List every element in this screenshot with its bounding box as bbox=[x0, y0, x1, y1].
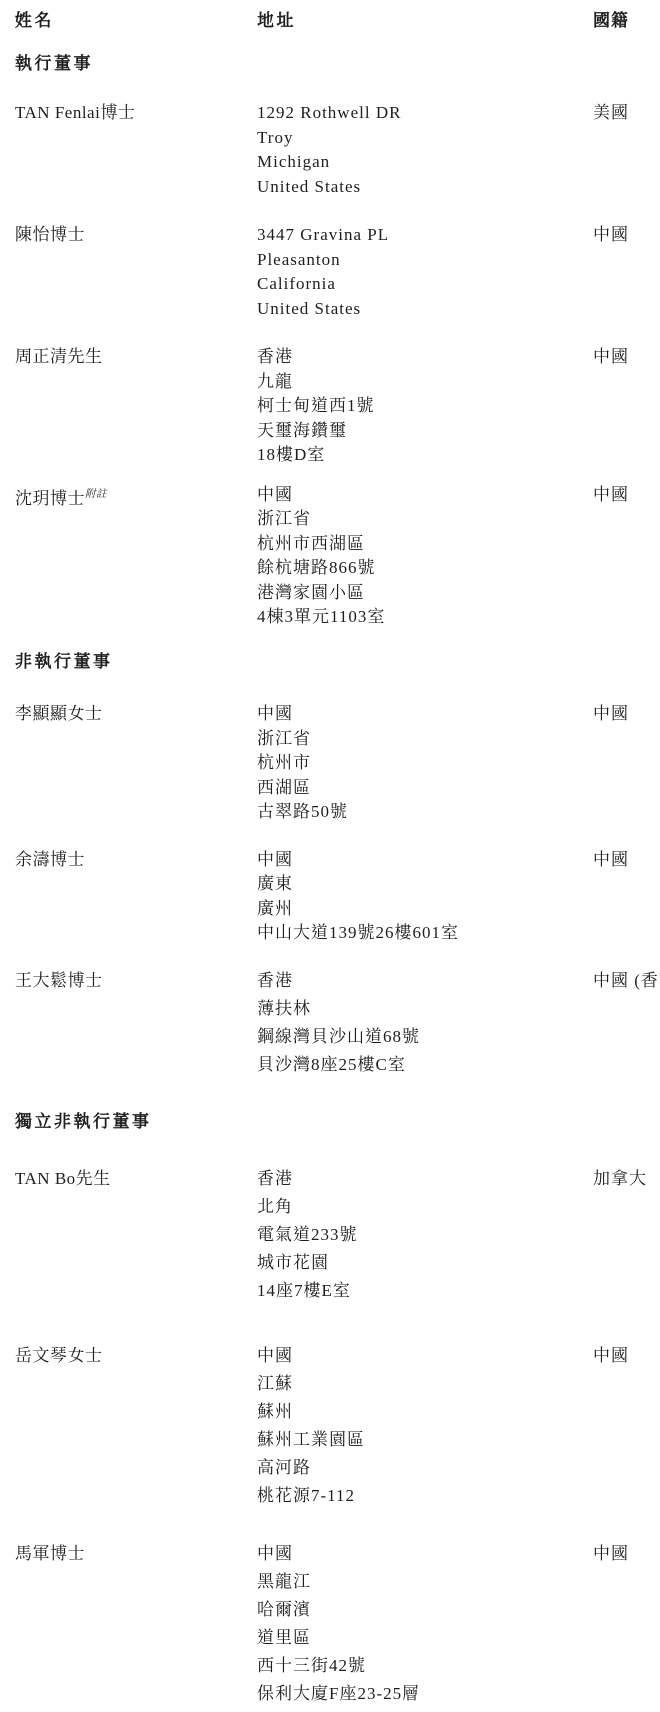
director-name: TAN Bo先生 bbox=[15, 1165, 257, 1193]
director-address: 中國浙江省杭州市西湖區古翠路50號 bbox=[257, 702, 593, 825]
director-address: 香港九龍柯士甸道西1號天璽海鑽璽18樓D室 bbox=[257, 345, 593, 468]
address-line: 城市花園 bbox=[257, 1249, 593, 1277]
address-line: 九龍 bbox=[257, 370, 593, 395]
address-line: 高河路 bbox=[257, 1454, 593, 1482]
director-nationality: 加拿大 bbox=[593, 1165, 660, 1193]
director-name: 王大鬆博士 bbox=[15, 967, 257, 995]
address-line: 浙江省 bbox=[257, 727, 593, 752]
section-heading: 獨立非執行董事 bbox=[15, 1108, 257, 1136]
director-name-text: 余濤博士 bbox=[15, 850, 85, 869]
table-row: TAN Fenlai博士 1292 Rothwell DRTroyMichiga… bbox=[15, 101, 660, 199]
address-line: 18樓D室 bbox=[257, 443, 593, 468]
director-address: 中國江蘇蘇州蘇州工業園區高河路桃花源7-112 bbox=[257, 1342, 593, 1510]
section-heading-row: 非執行董事 bbox=[15, 650, 660, 675]
director-nationality: 中國 bbox=[593, 1540, 660, 1568]
director-name-text: TAN Bo先生 bbox=[15, 1169, 111, 1188]
table-row: 周正清先生 香港九龍柯士甸道西1號天璽海鑽璽18樓D室 中國 bbox=[15, 345, 660, 468]
address-line: 天璽海鑽璽 bbox=[257, 419, 593, 444]
table-row: 李顯顯女士 中國浙江省杭州市西湖區古翠路50號 中國 bbox=[15, 702, 660, 825]
table-row: 馬軍博士 中國黑龍江哈爾濱道里區西十三街42號保利大廈F座23-25層 中國 bbox=[15, 1540, 660, 1708]
director-name: 余濤博士 bbox=[15, 848, 257, 873]
directors-table: 姓名 地址 國籍 執行董事 TAN Fenlai博士 1292 Rothwell… bbox=[0, 0, 660, 1708]
address-line: 香港 bbox=[257, 1165, 593, 1193]
address-line: Troy bbox=[257, 126, 593, 151]
address-line: 杭州市西湖區 bbox=[257, 532, 593, 557]
column-header-address: 地址 bbox=[257, 9, 593, 34]
director-address: 中國廣東廣州中山大道139號26樓601室 bbox=[257, 848, 593, 946]
director-name: 沈玥博士附註 bbox=[15, 483, 257, 512]
address-line: 中國 bbox=[257, 848, 593, 873]
section-heading: 非執行董事 bbox=[15, 650, 257, 675]
address-line: 中國 bbox=[257, 1342, 593, 1370]
table-row: 岳文琴女士 中國江蘇蘇州蘇州工業園區高河路桃花源7-112 中國 bbox=[15, 1342, 660, 1510]
address-line: 貝沙灣8座25樓C室 bbox=[257, 1051, 593, 1079]
director-nationality: 美國 bbox=[593, 101, 660, 126]
address-line: 江蘇 bbox=[257, 1370, 593, 1398]
director-nationality: 中國 bbox=[593, 483, 660, 508]
director-name: 李顯顯女士 bbox=[15, 702, 257, 727]
director-name: 陳怡博士 bbox=[15, 223, 257, 248]
address-line: 蘇州工業園區 bbox=[257, 1426, 593, 1454]
address-line: 黑龍江 bbox=[257, 1568, 593, 1596]
director-address: 1292 Rothwell DRTroyMichiganUnited State… bbox=[257, 101, 593, 199]
table-row: 陳怡博士 3447 Gravina PLPleasantonCalifornia… bbox=[15, 223, 660, 321]
address-line: 14座7樓E室 bbox=[257, 1277, 593, 1305]
address-line: United States bbox=[257, 175, 593, 200]
director-nationality: 中國 bbox=[593, 345, 660, 370]
column-header-name: 姓名 bbox=[15, 9, 257, 34]
address-line: 北角 bbox=[257, 1193, 593, 1221]
address-line: 4棟3單元1103室 bbox=[257, 605, 593, 630]
director-name-text: 馬軍博士 bbox=[15, 1544, 85, 1563]
director-address: 中國黑龍江哈爾濱道里區西十三街42號保利大廈F座23-25層 bbox=[257, 1540, 593, 1708]
director-address: 香港北角電氣道233號城市花園14座7樓E室 bbox=[257, 1165, 593, 1305]
address-line: 西十三街42號 bbox=[257, 1652, 593, 1680]
address-line: 香港 bbox=[257, 967, 593, 995]
address-line: 廣東 bbox=[257, 872, 593, 897]
address-line: 薄扶林 bbox=[257, 995, 593, 1023]
director-name-text: 沈玥博士 bbox=[15, 489, 85, 508]
address-line: 哈爾濱 bbox=[257, 1596, 593, 1624]
director-address: 3447 Gravina PLPleasantonCaliforniaUnite… bbox=[257, 223, 593, 321]
director-name: TAN Fenlai博士 bbox=[15, 101, 257, 126]
director-name-text: 李顯顯女士 bbox=[15, 704, 103, 723]
address-line: 西湖區 bbox=[257, 776, 593, 801]
address-line: 中山大道139號26樓601室 bbox=[257, 921, 593, 946]
address-line: 中國 bbox=[257, 1540, 593, 1568]
director-address: 香港薄扶林鋼線灣貝沙山道68號貝沙灣8座25樓C室 bbox=[257, 967, 593, 1079]
address-line: 中國 bbox=[257, 483, 593, 508]
address-line: Pleasanton bbox=[257, 248, 593, 273]
director-name-text: 周正清先生 bbox=[15, 347, 103, 366]
section-heading-row: 獨立非執行董事 bbox=[15, 1108, 660, 1136]
address-line: 中國 bbox=[257, 702, 593, 727]
director-address: 中國浙江省杭州市西湖區餘杭塘路866號港灣家園小區4棟3單元1103室 bbox=[257, 483, 593, 630]
address-line: 浙江省 bbox=[257, 507, 593, 532]
table-row: TAN Bo先生 香港北角電氣道233號城市花園14座7樓E室 加拿大 bbox=[15, 1165, 660, 1305]
director-nationality: 中國 bbox=[593, 702, 660, 727]
director-name: 周正清先生 bbox=[15, 345, 257, 370]
table-row: 余濤博士 中國廣東廣州中山大道139號26樓601室 中國 bbox=[15, 848, 660, 946]
director-name-text: 陳怡博士 bbox=[15, 225, 85, 244]
address-line: 香港 bbox=[257, 345, 593, 370]
column-header-nationality: 國籍 bbox=[593, 9, 660, 34]
address-line: 3447 Gravina PL bbox=[257, 223, 593, 248]
director-name: 馬軍博士 bbox=[15, 1540, 257, 1568]
table-row: 王大鬆博士 香港薄扶林鋼線灣貝沙山道68號貝沙灣8座25樓C室 中國 (香港) bbox=[15, 967, 660, 1079]
address-line: 桃花源7-112 bbox=[257, 1482, 593, 1510]
address-line: 道里區 bbox=[257, 1624, 593, 1652]
address-line: Michigan bbox=[257, 150, 593, 175]
address-line: 古翠路50號 bbox=[257, 800, 593, 825]
address-line: 蘇州 bbox=[257, 1398, 593, 1426]
address-line: 1292 Rothwell DR bbox=[257, 101, 593, 126]
address-line: 杭州市 bbox=[257, 751, 593, 776]
director-name: 岳文琴女士 bbox=[15, 1342, 257, 1370]
director-nationality: 中國 bbox=[593, 223, 660, 248]
address-line: 港灣家園小區 bbox=[257, 581, 593, 606]
address-line: 餘杭塘路866號 bbox=[257, 556, 593, 581]
director-name-note: 附註 bbox=[85, 489, 107, 500]
director-nationality: 中國 (香港) bbox=[593, 967, 660, 995]
director-name-text: TAN Fenlai博士 bbox=[15, 103, 135, 122]
address-line: 保利大廈F座23-25層 bbox=[257, 1680, 593, 1708]
table-row: 沈玥博士附註 中國浙江省杭州市西湖區餘杭塘路866號港灣家園小區4棟3單元110… bbox=[15, 483, 660, 630]
address-line: 鋼線灣貝沙山道68號 bbox=[257, 1023, 593, 1051]
address-line: 電氣道233號 bbox=[257, 1221, 593, 1249]
address-line: California bbox=[257, 272, 593, 297]
section-heading: 執行董事 bbox=[15, 52, 257, 77]
director-name-text: 岳文琴女士 bbox=[15, 1346, 103, 1365]
director-nationality: 中國 bbox=[593, 848, 660, 873]
director-name-text: 王大鬆博士 bbox=[15, 971, 103, 990]
director-nationality: 中國 bbox=[593, 1342, 660, 1370]
table-header-row: 姓名 地址 國籍 bbox=[15, 9, 660, 34]
address-line: 廣州 bbox=[257, 897, 593, 922]
address-line: United States bbox=[257, 297, 593, 322]
section-heading-row: 執行董事 bbox=[15, 52, 660, 77]
address-line: 柯士甸道西1號 bbox=[257, 394, 593, 419]
